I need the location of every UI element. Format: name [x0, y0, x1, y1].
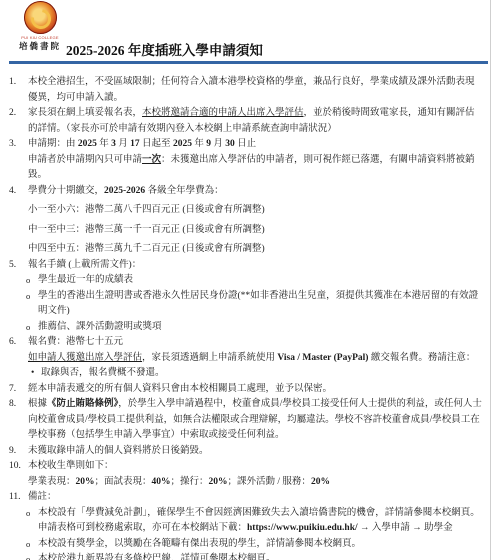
text-segment: 小一至小六：港幣二萬八千四百元正 (日後或會有所調整) — [28, 205, 265, 215]
notice-line: 中四至中五：港幣三萬九千二百元正 (日後或會有所調整) — [28, 242, 482, 258]
line-text: 備註： — [28, 490, 482, 506]
text-segment: 月 — [116, 139, 130, 149]
text-segment: ；課外活動 / 服務： — [228, 477, 311, 487]
line-text: 未獲取錄申請人的個人資料將於日後銷毀。 — [28, 444, 482, 460]
notice-item: 9.未獲取錄申請人的個人資料將於日後銷毀。 — [9, 444, 482, 460]
text-segment: 本校全港招生，不受區域限制；任何符合入讀本港學校資格的學童，兼品行良好，學業成績… — [28, 77, 475, 103]
line-text: 學費分十期繳交，2025-2026 各級全年學費為： — [28, 184, 482, 200]
item-number: 9. — [9, 444, 28, 460]
text-segment: → 入學申請 → 助學金 — [358, 523, 453, 533]
text-segment: 家長須在網上填妥報名表， — [28, 108, 142, 118]
notice-item: 1.本校全港招生，不受區域限制；任何符合入讀本港學校資格的學童，兼品行良好，學業… — [9, 75, 482, 106]
school-name-chinese: 培僑書院 — [17, 40, 63, 52]
item-number: 11. — [9, 490, 28, 506]
notice-line: o本校設有獎學金，以獎勵在各範疇有傑出表現的學生，詳情請參閱本校網頁。 — [26, 537, 482, 553]
item-number: 1. — [9, 75, 28, 91]
text-segment: 一次 — [142, 155, 161, 165]
notice-line: 小一至小六：港幣二萬八千四百元正 (日後或會有所調整) — [28, 203, 482, 219]
line-text: 本校全港招生，不受區域限制；任何符合入讀本港學校資格的學童，兼品行良好，學業成績… — [28, 75, 482, 106]
notice-item: 4.學費分十期繳交，2025-2026 各級全年學費為：小一至小六：港幣二萬八千… — [9, 184, 482, 258]
notice-line: 10.本校收生準則如下： — [9, 459, 482, 475]
circle-bullet-icon: o — [26, 273, 38, 289]
line-text: 家長須在網上填妥報名表，本校將邀請合適的申請人出席入學評估，並於稍後時間致電家長… — [28, 106, 482, 137]
notice-item: 10.本校收生準則如下：學業表現：20%；面試表現：40%；操行：20%；課外活… — [9, 459, 482, 490]
item-number: 7. — [9, 382, 28, 398]
text-segment: 經本申請表遞交的所有個人資料只會由本校相關員工處理，並予以保密。 — [28, 384, 332, 394]
notice-line: 7.經本申請表遞交的所有個人資料只會由本校相關員工處理，並予以保密。 — [9, 382, 482, 398]
item-number: 6. — [9, 335, 28, 351]
text-segment: 年 — [192, 139, 206, 149]
line-text: 本校設有「學費減免計劃」，確保學生不會因經濟困難致失去入讀培僑書院的機會，詳情請… — [38, 506, 482, 522]
text-segment: 20% — [76, 477, 95, 487]
text-segment: 如申請人獲邀出席入學評估 — [28, 353, 142, 363]
circle-bullet-icon: o — [26, 320, 38, 336]
line-text: 中一至中三：港幣三萬一千一百元正 (日後或會有所調整) — [28, 223, 482, 239]
dot-bullet-icon: • — [31, 366, 41, 382]
notice-line: 如申請人獲邀出席入學評估，家長須透過網上申請系統使用 Visa / Master… — [28, 351, 482, 367]
notice-line: 3.申請期：由 2025 年 3 月 17 日起至 2025 年 9 月 30 … — [9, 137, 482, 153]
notice-line: 申請者於申請期內只可申請一次：未獲邀出席入學評估的申請者，則可視作經已落選，有關… — [28, 153, 482, 184]
text-segment: 繳交報名費。務請注意： — [368, 353, 475, 363]
text-segment: 本校設有獎學金，以獎勵在各範疇有傑出表現的學生，詳情請參閱本校網頁。 — [38, 539, 361, 549]
text-segment: 20% — [311, 477, 330, 487]
line-text: 經本申請表遞交的所有個人資料只會由本校相關員工處理，並予以保密。 — [28, 382, 482, 398]
text-segment: 各級全年學費為： — [145, 186, 223, 196]
circle-bullet-icon: o — [26, 537, 38, 553]
line-text: 學業表現：20%；面試表現：40%；操行：20%；課外活動 / 服務：20% — [28, 475, 482, 491]
text-segment: 本校於港九新界設有多條校巴線，詳情可參閱本校網頁。 — [38, 554, 276, 560]
notice-line: 中一至中三：港幣三萬一千一百元正 (日後或會有所調整) — [28, 223, 482, 239]
notice-line: o推薦信、課外活動證明或獎項 — [26, 320, 482, 336]
item-number: 8. — [9, 397, 28, 413]
line-text: 本校收生準則如下： — [28, 459, 482, 475]
notice-line: 8.根據《防止賄賂條例》，於學生入學申請過程中，校董會成員/學校員工接受任何人士… — [9, 397, 482, 444]
text-segment: 《防止賄賂條例》 — [47, 399, 118, 409]
text-segment: 20% — [209, 477, 228, 487]
text-segment: Visa / Master (PayPal) — [277, 353, 368, 363]
line-text: 根據《防止賄賂條例》，於學生入學申請過程中，校董會成員/學校員工接受任何人士提供… — [28, 397, 482, 444]
text-segment: 報名手續 (上載所需文件)： — [28, 260, 141, 270]
notice-line: 1.本校全港招生，不受區域限制；任何符合入讀本港學校資格的學童，兼品行良好，學業… — [9, 75, 482, 106]
text-segment: 2025 — [173, 139, 192, 149]
line-text: 報名手續 (上載所需文件)： — [28, 258, 482, 274]
text-segment: 17 — [130, 139, 140, 149]
notice-line: 4.學費分十期繳交，2025-2026 各級全年學費為： — [9, 184, 482, 200]
notice-line: o學生最近一年的成績表 — [26, 273, 482, 289]
line-text: 中四至中五：港幣三萬九千二百元正 (日後或會有所調整) — [28, 242, 482, 258]
school-emblem-icon — [24, 1, 57, 34]
notice-item: 3.申請期：由 2025 年 3 月 17 日起至 2025 年 9 月 30 … — [9, 137, 482, 184]
item-number: 3. — [9, 137, 28, 153]
text-segment: 中一至中三：港幣三萬一千一百元正 (日後或會有所調整) — [28, 225, 265, 235]
line-text: 取錄與否，報名費概不發還。 — [41, 366, 482, 382]
text-segment: 未獲取錄申請人的個人資料將於日後銷毀。 — [28, 446, 209, 456]
text-segment: 申請者於申請期內只可申請 — [28, 155, 142, 165]
line-text: 學生的香港出生證明書或香港永久性居民身份證(**如非香港出生兒童，須提供其獲准在… — [38, 289, 482, 320]
text-segment: 取錄與否，報名費概不發還。 — [41, 368, 165, 378]
text-segment: 推薦信、課外活動證明或獎項 — [38, 322, 162, 332]
notice-line: o本校於港九新界設有多條校巴線，詳情可參閱本校網頁。 — [26, 552, 482, 560]
item-number: 4. — [9, 184, 28, 200]
notice-line: 學業表現：20%；面試表現：40%；操行：20%；課外活動 / 服務：20% — [28, 475, 482, 491]
notice-line: 9.未獲取錄申請人的個人資料將於日後銷毀。 — [9, 444, 482, 460]
text-segment: 備註： — [28, 492, 57, 502]
text-segment: 30 — [225, 139, 235, 149]
text-segment: 中四至中五：港幣三萬九千二百元正 (日後或會有所調整) — [28, 244, 265, 254]
text-segment: 本校設有「學費減免計劃」，確保學生不會因經濟困難致失去入讀培僑書院的機會，詳情請… — [38, 508, 480, 518]
text-segment: 申請期：由 — [28, 139, 78, 149]
text-segment: 40% — [152, 477, 171, 487]
document-page: PUI KIU COLLEGE 培僑書院 2025-2026 年度插班入學申請須… — [0, 0, 491, 560]
text-segment: https://www.puikiu.edu.hk/ — [247, 523, 358, 533]
line-text: 申請表格可到校務處索取，亦可在本校網站下載：https://www.puikiu… — [38, 521, 482, 537]
text-segment: 本校將邀請合適的申請人出席入學評估 — [142, 108, 304, 118]
line-text: 如申請人獲邀出席入學評估，家長須透過網上申請系統使用 Visa / Master… — [28, 351, 482, 367]
notice-line: 5.報名手續 (上載所需文件)： — [9, 258, 482, 274]
text-segment: 月 — [211, 139, 225, 149]
line-text: 推薦信、課外活動證明或獎項 — [38, 320, 482, 336]
notice-line: •取錄與否，報名費概不發還。 — [31, 366, 482, 382]
line-text: 申請期：由 2025 年 3 月 17 日起至 2025 年 9 月 30 日止 — [28, 137, 482, 153]
line-text: 小一至小六：港幣二萬八千四百元正 (日後或會有所調整) — [28, 203, 482, 219]
document-header: PUI KIU COLLEGE 培僑書院 2025-2026 年度插班入學申請須… — [9, 0, 488, 64]
notice-line: 6.報名費：港幣七十五元 — [9, 335, 482, 351]
notice-item: 11.備註：o本校設有「學費減免計劃」，確保學生不會因經濟困難致失去入讀培僑書院… — [9, 490, 482, 560]
text-segment: 申請表格可到校務處索取，亦可在本校網站下載： — [38, 523, 247, 533]
item-number: 5. — [9, 258, 28, 274]
text-segment: 學費分十期繳交， — [28, 186, 104, 196]
notice-line: 2.家長須在網上填妥報名表，本校將邀請合適的申請人出席入學評估，並於稍後時間致電… — [9, 106, 482, 137]
text-segment: 日止 — [235, 139, 256, 149]
text-segment: ；面試表現： — [95, 477, 152, 487]
notice-item: 5.報名手續 (上載所需文件)：o學生最近一年的成績表o學生的香港出生證明書或香… — [9, 258, 482, 336]
notice-line: o學生的香港出生證明書或香港永久性居民身份證(**如非香港出生兒童，須提供其獲准… — [26, 289, 482, 320]
line-text: 本校於港九新界設有多條校巴線，詳情可參閱本校網頁。 — [38, 552, 482, 560]
notice-list: 1.本校全港招生，不受區域限制；任何符合入讀本港學校資格的學童，兼品行良好，學業… — [0, 64, 490, 560]
text-segment: 2025-2026 — [104, 186, 145, 196]
circle-bullet-icon: o — [26, 289, 38, 305]
text-segment: 本校收生準則如下： — [28, 461, 114, 471]
text-segment: 2025 — [78, 139, 97, 149]
notice-item: 7.經本申請表遞交的所有個人資料只會由本校相關員工處理，並予以保密。 — [9, 382, 482, 398]
text-segment: 年 — [97, 139, 111, 149]
text-segment: ；操行： — [171, 477, 209, 487]
circle-bullet-icon: o — [26, 552, 38, 560]
text-segment: 根據 — [28, 399, 47, 409]
page-title: 2025-2026 年度插班入學申請須知 — [66, 39, 263, 59]
line-text: 申請者於申請期內只可申請一次：未獲邀出席入學評估的申請者，則可視作經已落選，有關… — [28, 153, 482, 184]
circle-bullet-icon: o — [26, 506, 38, 522]
notice-item: 6.報名費：港幣七十五元如申請人獲邀出席入學評估，家長須透過網上申請系統使用 V… — [9, 335, 482, 382]
text-segment: ，家長須透過網上申請系統使用 — [142, 353, 277, 363]
notice-line: o本校設有「學費減免計劃」，確保學生不會因經濟困難致失去入讀培僑書院的機會，詳情… — [26, 506, 482, 522]
notice-item: 8.根據《防止賄賂條例》，於學生入學申請過程中，校董會成員/學校員工接受任何人士… — [9, 397, 482, 444]
text-segment: 日起至 — [140, 139, 173, 149]
line-text: 報名費：港幣七十五元 — [28, 335, 482, 351]
school-logo: PUI KIU COLLEGE 培僑書院 — [17, 1, 63, 52]
line-text: 本校設有獎學金，以獎勵在各範疇有傑出表現的學生，詳情請參閱本校網頁。 — [38, 537, 482, 553]
text-segment: 學業表現： — [28, 477, 76, 487]
item-number: 10. — [9, 459, 28, 475]
text-segment: 報名費：港幣七十五元 — [28, 337, 123, 347]
text-segment: 學生的香港出生證明書或香港永久性居民身份證(**如非香港出生兒童，須提供其獲准在… — [38, 291, 478, 317]
notice-line: 申請表格可到校務處索取，亦可在本校網站下載：https://www.puikiu… — [38, 521, 482, 537]
notice-item: 2.家長須在網上填妥報名表，本校將邀請合適的申請人出席入學評估，並於稍後時間致電… — [9, 106, 482, 137]
text-segment: 學生最近一年的成績表 — [38, 275, 133, 285]
item-number: 2. — [9, 106, 28, 122]
line-text: 學生最近一年的成績表 — [38, 273, 482, 289]
notice-line: 11.備註： — [9, 490, 482, 506]
